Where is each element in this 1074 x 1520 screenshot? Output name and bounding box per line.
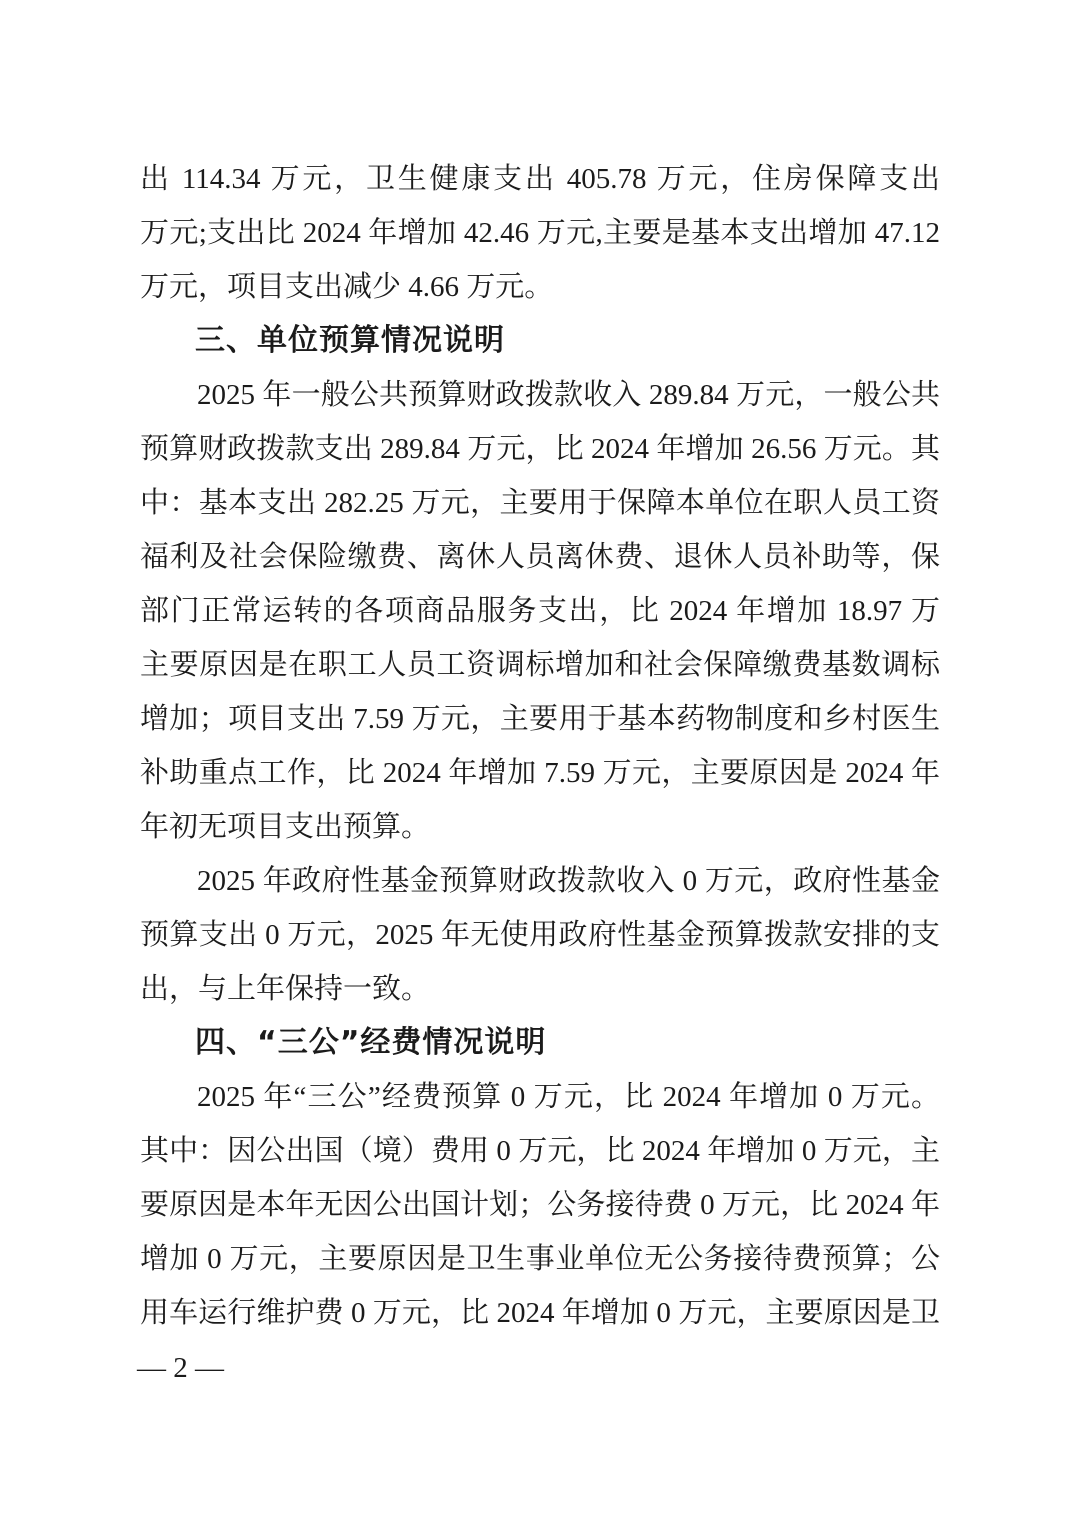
paragraph-general-public-budget-line: 预算财政拨款支出 289.84 万元，比 2024 年增加 26.56 万元。其: [140, 422, 940, 476]
paragraph-general-public-budget-line: 补助重点工作，比 2024 年增加 7.59 万元，主要原因是 2024 年: [140, 746, 940, 800]
paragraph-expenditure-continued-line: 万元;支出比 2024 年增加 42.46 万元,主要是基本支出增加 47.12: [140, 206, 940, 260]
paragraph-three-public-funds-detail-line: 用车运行维护费 0 万元，比 2024 年增加 0 万元，主要原因是卫: [140, 1286, 940, 1340]
paragraph-general-public-budget-line: 中：基本支出 282.25 万元，主要用于保障本单位在职人员工资: [140, 476, 940, 530]
paragraph-government-fund-budget-line: 出，与上年保持一致。: [140, 962, 940, 1016]
paragraph-general-public-budget-line: 部门正常运转的各项商品服务支出，比 2024 年增加 18.97 万元，: [140, 584, 940, 638]
page-number: — 2 —: [137, 1348, 224, 1388]
paragraph-three-public-funds-detail-line: 增加 0 万元，主要原因是卫生事业单位无公务接待费预算；公务: [140, 1232, 940, 1286]
paragraph-three-public-funds-detail-line: 2025 年“三公”经费预算 0 万元，比 2024 年增加 0 万元。: [140, 1070, 940, 1124]
paragraph-expenditure-continued-line: 出 114.34 万元，卫生健康支出 405.78 万元，住房保障支出 18.7…: [140, 152, 940, 206]
paragraph-expenditure-continued-line: 万元，项目支出减少 4.66 万元。: [140, 260, 940, 314]
paragraph-three-public-funds-detail-line: 其中：因公出国（境）费用 0 万元，比 2024 年增加 0 万元，主: [140, 1124, 940, 1178]
paragraph-government-fund-budget-line: 2025 年政府性基金预算财政拨款收入 0 万元，政府性基金: [140, 854, 940, 908]
paragraph-government-fund-budget-line: 预算支出 0 万元，2025 年无使用政府性基金预算拨款安排的支: [140, 908, 940, 962]
paragraph-general-public-budget-line: 福利及社会保险缴费、离休人员离休费、退休人员补助等，保障: [140, 530, 940, 584]
document-page: 出 114.34 万元，卫生健康支出 405.78 万元，住房保障支出 18.7…: [0, 0, 1074, 1520]
paragraph-general-public-budget-line: 增加；项目支出 7.59 万元，主要用于基本药物制度和乡村医生: [140, 692, 940, 746]
paragraph-three-public-funds-detail-line: 要原因是本年无因公出国计划；公务接待费 0 万元，比 2024 年: [140, 1178, 940, 1232]
paragraph-general-public-budget-line: 主要原因是在职工人员工资调标增加和社会保障缴费基数调标: [140, 638, 940, 692]
document-content: 出 114.34 万元，卫生健康支出 405.78 万元，住房保障支出 18.7…: [140, 152, 940, 1340]
paragraph-general-public-budget-line: 年初无项目支出预算。: [140, 800, 940, 854]
section-heading-unit-budget: 三、单位预算情况说明: [140, 314, 940, 368]
paragraph-general-public-budget-line: 2025 年一般公共预算财政拨款收入 289.84 万元，一般公共: [140, 368, 940, 422]
section-heading-three-public-funds: 四、“三公”经费情况说明: [140, 1016, 940, 1070]
